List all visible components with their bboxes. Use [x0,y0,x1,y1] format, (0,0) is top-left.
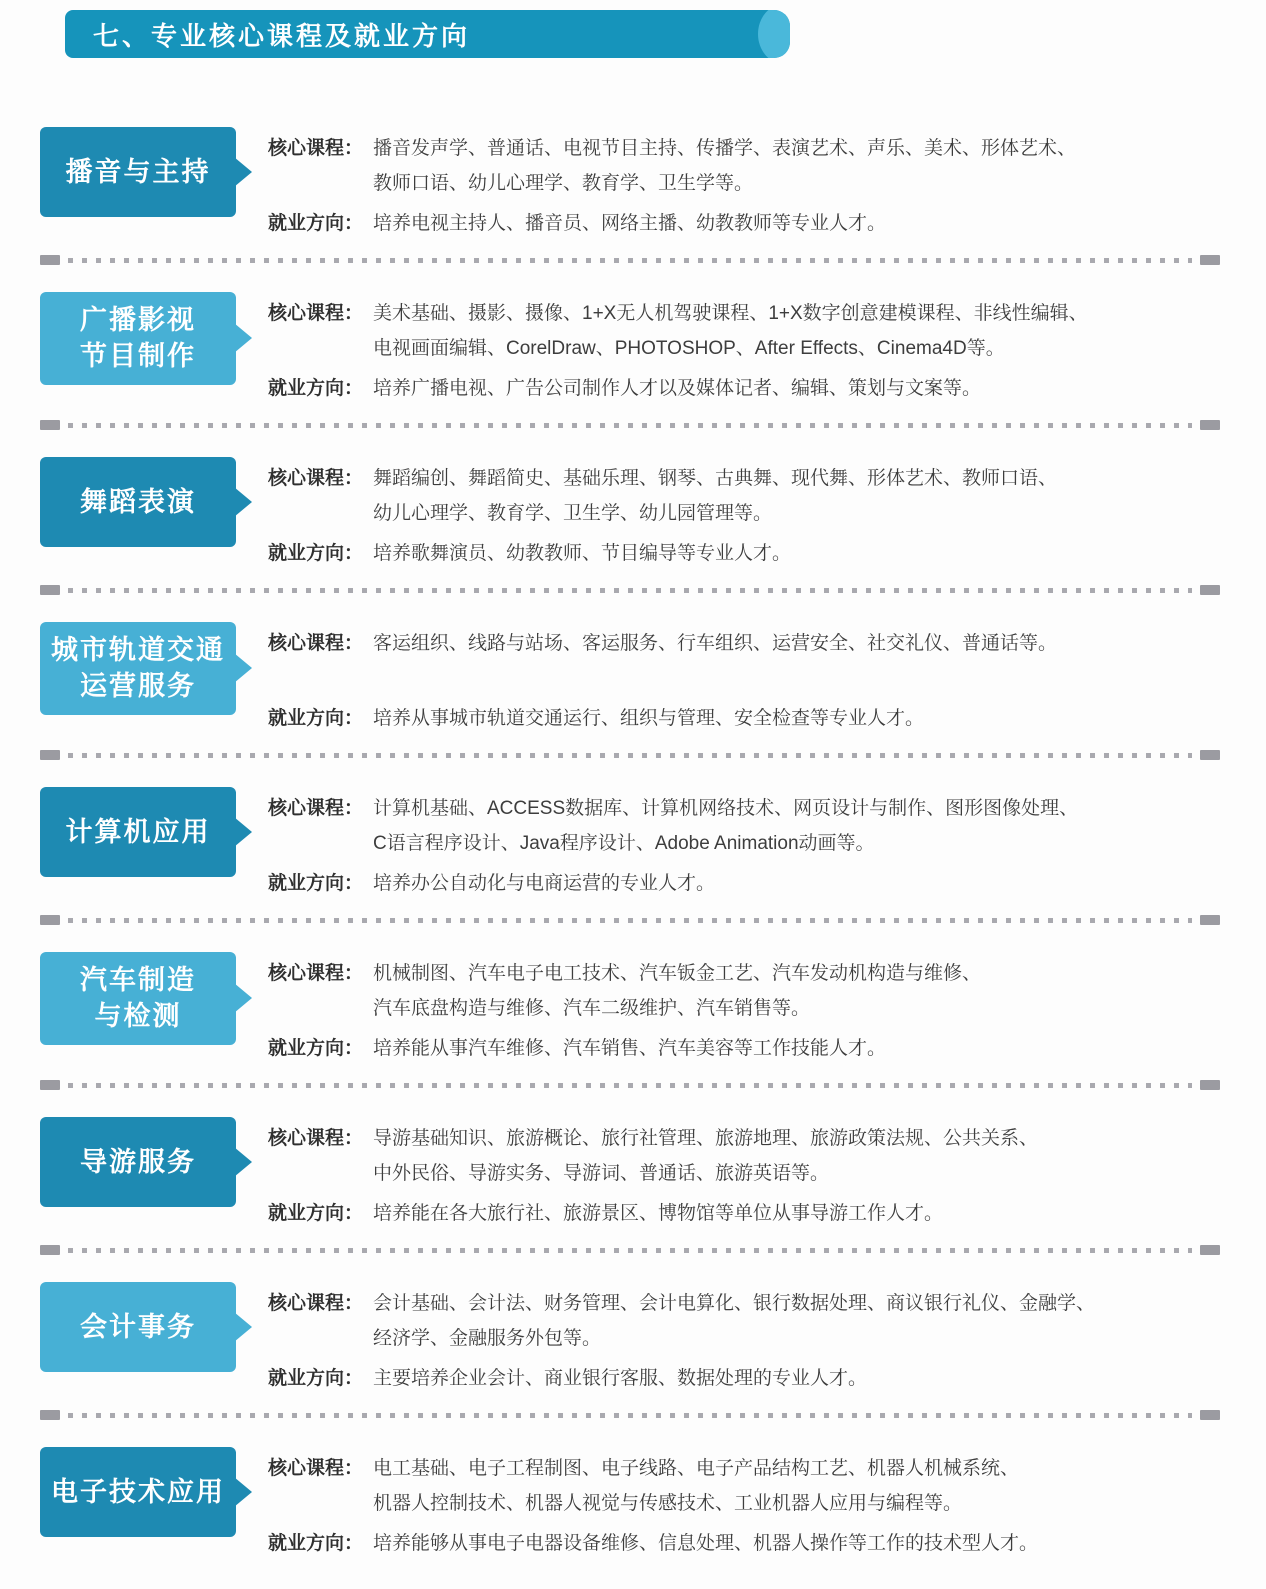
section-content: 核心课程： 会计基础、会计法、财务管理、会计电算化、银行数据处理、商议银行礼仪、… [268,1280,1188,1400]
major-label-box: 电子技术应用 [40,1447,236,1537]
section-divider [40,1080,1220,1090]
section-divider [40,255,1220,265]
major-label-box: 汽车制造 与检测 [40,952,236,1045]
employment-row: 就业方向： 培养广播电视、广告公司制作人才以及媒体记者、编辑、策划与文案等。 [268,371,1188,406]
core-courses-text: 客运组织、线路与站场、客运服务、行车组织、运营安全、社交礼仪、普通话等。 [373,626,1057,696]
employment-label: 就业方向： [268,1526,373,1561]
section-auto-manufacturing-inspection: 汽车制造 与检测 核心课程： 机械制图、汽车电子电工技术、汽车钣金工艺、汽车发动… [40,950,1266,1070]
section-content: 核心课程： 电工基础、电子工程制图、电子线路、电子产品结构工艺、机器人机械系统、… [268,1445,1188,1565]
header-banner: 七、专业核心课程及就业方向 [65,10,790,58]
major-name: 汽车制造 [80,962,196,998]
employment-label: 就业方向： [268,206,373,241]
page-title: 七、专业核心课程及就业方向 [93,16,470,53]
section-electronic-technology-application: 电子技术应用 核心课程： 电工基础、电子工程制图、电子线路、电子产品结构工艺、机… [40,1445,1266,1565]
employment-row: 就业方向： 培养从事城市轨道交通运行、组织与管理、安全检查等专业人才。 [268,701,1188,736]
section-content: 核心课程： 舞蹈编创、舞蹈简史、基础乐理、钢琴、古典舞、现代舞、形体艺术、教师口… [268,455,1188,575]
employment-row: 就业方向： 培养能从事汽车维修、汽车销售、汽车美容等工作技能人才。 [268,1031,1188,1066]
major-label-box: 舞蹈表演 [40,457,236,547]
divider-dots [68,1248,1192,1253]
divider-cap-right [1200,915,1220,925]
section-urban-rail-transit-service: 城市轨道交通 运营服务 核心课程： 客运组织、线路与站场、客运服务、行车组织、运… [40,620,1266,740]
core-courses-row: 核心课程： 美术基础、摄影、摄像、1+X无人机驾驶课程、1+X数字创意建模课程、… [268,296,1188,366]
employment-row: 就业方向： 主要培养企业会计、商业银行客服、数据处理的专业人才。 [268,1361,1188,1396]
employment-text: 培养能够从事电子电器设备维修、信息处理、机器人操作等工作的技术型人才。 [373,1526,1038,1561]
major-label-box: 导游服务 [40,1117,236,1207]
employment-label: 就业方向： [268,1361,373,1396]
section-content: 核心课程： 计算机基础、ACCESS数据库、计算机网络技术、网页设计与制作、图形… [268,785,1188,905]
section-radio-tv-program-production: 广播影视 节目制作 核心课程： 美术基础、摄影、摄像、1+X无人机驾驶课程、1+… [40,290,1266,410]
divider-cap-left [40,1245,60,1255]
major-label-box: 城市轨道交通 运营服务 [40,622,236,715]
employment-label: 就业方向： [268,1196,373,1231]
employment-text: 培养能从事汽车维修、汽车销售、汽车美容等工作技能人才。 [373,1031,886,1066]
core-courses-label: 核心课程： [268,1451,373,1521]
core-courses-text: 电工基础、电子工程制图、电子线路、电子产品结构工艺、机器人机械系统、 机器人控制… [373,1451,1019,1521]
section-divider [40,915,1220,925]
divider-dots [68,423,1192,428]
core-courses-row: 核心课程： 机械制图、汽车电子电工技术、汽车钣金工艺、汽车发动机构造与维修、 汽… [268,956,1188,1026]
major-name-line2: 运营服务 [80,668,196,704]
core-courses-row: 核心课程： 电工基础、电子工程制图、电子线路、电子产品结构工艺、机器人机械系统、… [268,1451,1188,1521]
major-name: 舞蹈表演 [80,484,196,520]
arrow-right-icon [234,983,252,1013]
section-divider [40,1245,1220,1255]
employment-label: 就业方向： [268,701,373,736]
core-courses-text: 计算机基础、ACCESS数据库、计算机网络技术、网页设计与制作、图形图像处理、 … [373,791,1078,861]
arrow-right-icon [234,653,252,683]
employment-label: 就业方向： [268,1031,373,1066]
employment-row: 就业方向： 培养能在各大旅行社、旅游景区、博物馆等单位从事导游工作人才。 [268,1196,1188,1231]
divider-cap-right [1200,1410,1220,1420]
divider-cap-right [1200,750,1220,760]
core-courses-row: 核心课程： 播音发声学、普通话、电视节目主持、传播学、表演艺术、声乐、美术、形体… [268,131,1188,201]
divider-cap-left [40,420,60,430]
page: 七、专业核心课程及就业方向 播音与主持 核心课程： 播音发声学、普通话、电视节目… [0,0,1266,1589]
employment-label: 就业方向： [268,536,373,571]
section-divider [40,420,1220,430]
section-content: 核心课程： 客运组织、线路与站场、客运服务、行车组织、运营安全、社交礼仪、普通话… [268,620,1188,740]
core-courses-row: 核心课程： 客运组织、线路与站场、客运服务、行车组织、运营安全、社交礼仪、普通话… [268,626,1188,696]
employment-text: 培养从事城市轨道交通运行、组织与管理、安全检查等专业人才。 [373,701,924,736]
divider-cap-right [1200,585,1220,595]
major-name: 会计事务 [80,1309,196,1345]
employment-text: 培养办公自动化与电商运营的专业人才。 [373,866,715,901]
divider-cap-left [40,1080,60,1090]
section-dance-performance: 舞蹈表演 核心课程： 舞蹈编创、舞蹈简史、基础乐理、钢琴、古典舞、现代舞、形体艺… [40,455,1266,575]
major-name: 播音与主持 [66,154,211,190]
employment-text: 培养广播电视、广告公司制作人才以及媒体记者、编辑、策划与文案等。 [373,371,981,406]
major-label-box: 会计事务 [40,1282,236,1372]
employment-row: 就业方向： 培养电视主持人、播音员、网络主播、幼教教师等专业人才。 [268,206,1188,241]
divider-cap-left [40,1410,60,1420]
divider-dots [68,918,1192,923]
divider-dots [68,753,1192,758]
arrow-right-icon [234,1147,252,1177]
core-courses-label: 核心课程： [268,791,373,861]
core-courses-label: 核心课程： [268,1121,373,1191]
divider-dots [68,258,1192,263]
arrow-right-icon [234,817,252,847]
arrow-right-icon [234,323,252,353]
core-courses-text: 舞蹈编创、舞蹈简史、基础乐理、钢琴、古典舞、现代舞、形体艺术、教师口语、 幼儿心… [373,461,1057,531]
major-name: 城市轨道交通 [51,632,225,668]
core-courses-text: 会计基础、会计法、财务管理、会计电算化、银行数据处理、商议银行礼仪、金融学、 经… [373,1286,1095,1356]
section-divider [40,585,1220,595]
arrow-right-icon [234,487,252,517]
employment-row: 就业方向： 培养办公自动化与电商运营的专业人才。 [268,866,1188,901]
core-courses-row: 核心课程： 舞蹈编创、舞蹈简史、基础乐理、钢琴、古典舞、现代舞、形体艺术、教师口… [268,461,1188,531]
divider-cap-right [1200,1080,1220,1090]
core-courses-text: 机械制图、汽车电子电工技术、汽车钣金工艺、汽车发动机构造与维修、 汽车底盘构造与… [373,956,981,1026]
core-courses-row: 核心课程： 会计基础、会计法、财务管理、会计电算化、银行数据处理、商议银行礼仪、… [268,1286,1188,1356]
employment-text: 主要培养企业会计、商业银行客服、数据处理的专业人才。 [373,1361,867,1396]
arrow-right-icon [234,157,252,187]
core-courses-text: 导游基础知识、旅游概论、旅行社管理、旅游地理、旅游政策法规、公共关系、 中外民俗… [373,1121,1038,1191]
core-courses-row: 核心课程： 导游基础知识、旅游概论、旅行社管理、旅游地理、旅游政策法规、公共关系… [268,1121,1188,1191]
core-courses-label: 核心课程： [268,956,373,1026]
section-content: 核心课程： 美术基础、摄影、摄像、1+X无人机驾驶课程、1+X数字创意建模课程、… [268,290,1188,410]
divider-dots [68,1413,1192,1418]
core-courses-label: 核心课程： [268,461,373,531]
section-divider [40,1410,1220,1420]
section-divider [40,750,1220,760]
divider-cap-left [40,750,60,760]
section-broadcasting-hosting: 播音与主持 核心课程： 播音发声学、普通话、电视节目主持、传播学、表演艺术、声乐… [40,125,1266,245]
employment-text: 培养能在各大旅行社、旅游景区、博物馆等单位从事导游工作人才。 [373,1196,943,1231]
divider-cap-left [40,585,60,595]
employment-text: 培养歌舞演员、幼教教师、节目编导等专业人才。 [373,536,791,571]
major-label-box: 播音与主持 [40,127,236,217]
arrow-right-icon [234,1477,252,1507]
employment-label: 就业方向： [268,371,373,406]
core-courses-label: 核心课程： [268,1286,373,1356]
employment-row: 就业方向： 培养能够从事电子电器设备维修、信息处理、机器人操作等工作的技术型人才… [268,1526,1188,1561]
employment-row: 就业方向： 培养歌舞演员、幼教教师、节目编导等专业人才。 [268,536,1188,571]
core-courses-label: 核心课程： [268,131,373,201]
section-content: 核心课程： 机械制图、汽车电子电工技术、汽车钣金工艺、汽车发动机构造与维修、 汽… [268,950,1188,1070]
core-courses-label: 核心课程： [268,626,373,696]
major-label-box: 计算机应用 [40,787,236,877]
major-name: 广播影视 [80,302,196,338]
divider-cap-left [40,915,60,925]
section-content: 核心课程： 导游基础知识、旅游概论、旅行社管理、旅游地理、旅游政策法规、公共关系… [268,1115,1188,1235]
core-courses-text: 播音发声学、普通话、电视节目主持、传播学、表演艺术、声乐、美术、形体艺术、 教师… [373,131,1076,201]
employment-label: 就业方向： [268,866,373,901]
employment-text: 培养电视主持人、播音员、网络主播、幼教教师等专业人才。 [373,206,886,241]
major-name: 计算机应用 [66,814,211,850]
divider-cap-right [1200,255,1220,265]
major-name: 电子技术应用 [51,1474,225,1510]
major-name: 导游服务 [80,1144,196,1180]
major-name-line2: 与检测 [95,998,182,1034]
divider-cap-right [1200,420,1220,430]
major-name-line2: 节目制作 [80,338,196,374]
arrow-right-icon [234,1312,252,1342]
core-courses-row: 核心课程： 计算机基础、ACCESS数据库、计算机网络技术、网页设计与制作、图形… [268,791,1188,861]
major-label-box: 广播影视 节目制作 [40,292,236,385]
divider-cap-right [1200,1245,1220,1255]
core-courses-text: 美术基础、摄影、摄像、1+X无人机驾驶课程、1+X数字创意建模课程、非线性编辑、… [373,296,1088,366]
section-accounting-affairs: 会计事务 核心课程： 会计基础、会计法、财务管理、会计电算化、银行数据处理、商议… [40,1280,1266,1400]
divider-dots [68,588,1192,593]
section-computer-application: 计算机应用 核心课程： 计算机基础、ACCESS数据库、计算机网络技术、网页设计… [40,785,1266,905]
section-tour-guide-service: 导游服务 核心课程： 导游基础知识、旅游概论、旅行社管理、旅游地理、旅游政策法规… [40,1115,1266,1235]
core-courses-label: 核心课程： [268,296,373,366]
section-content: 核心课程： 播音发声学、普通话、电视节目主持、传播学、表演艺术、声乐、美术、形体… [268,125,1188,245]
divider-dots [68,1083,1192,1088]
divider-cap-left [40,255,60,265]
